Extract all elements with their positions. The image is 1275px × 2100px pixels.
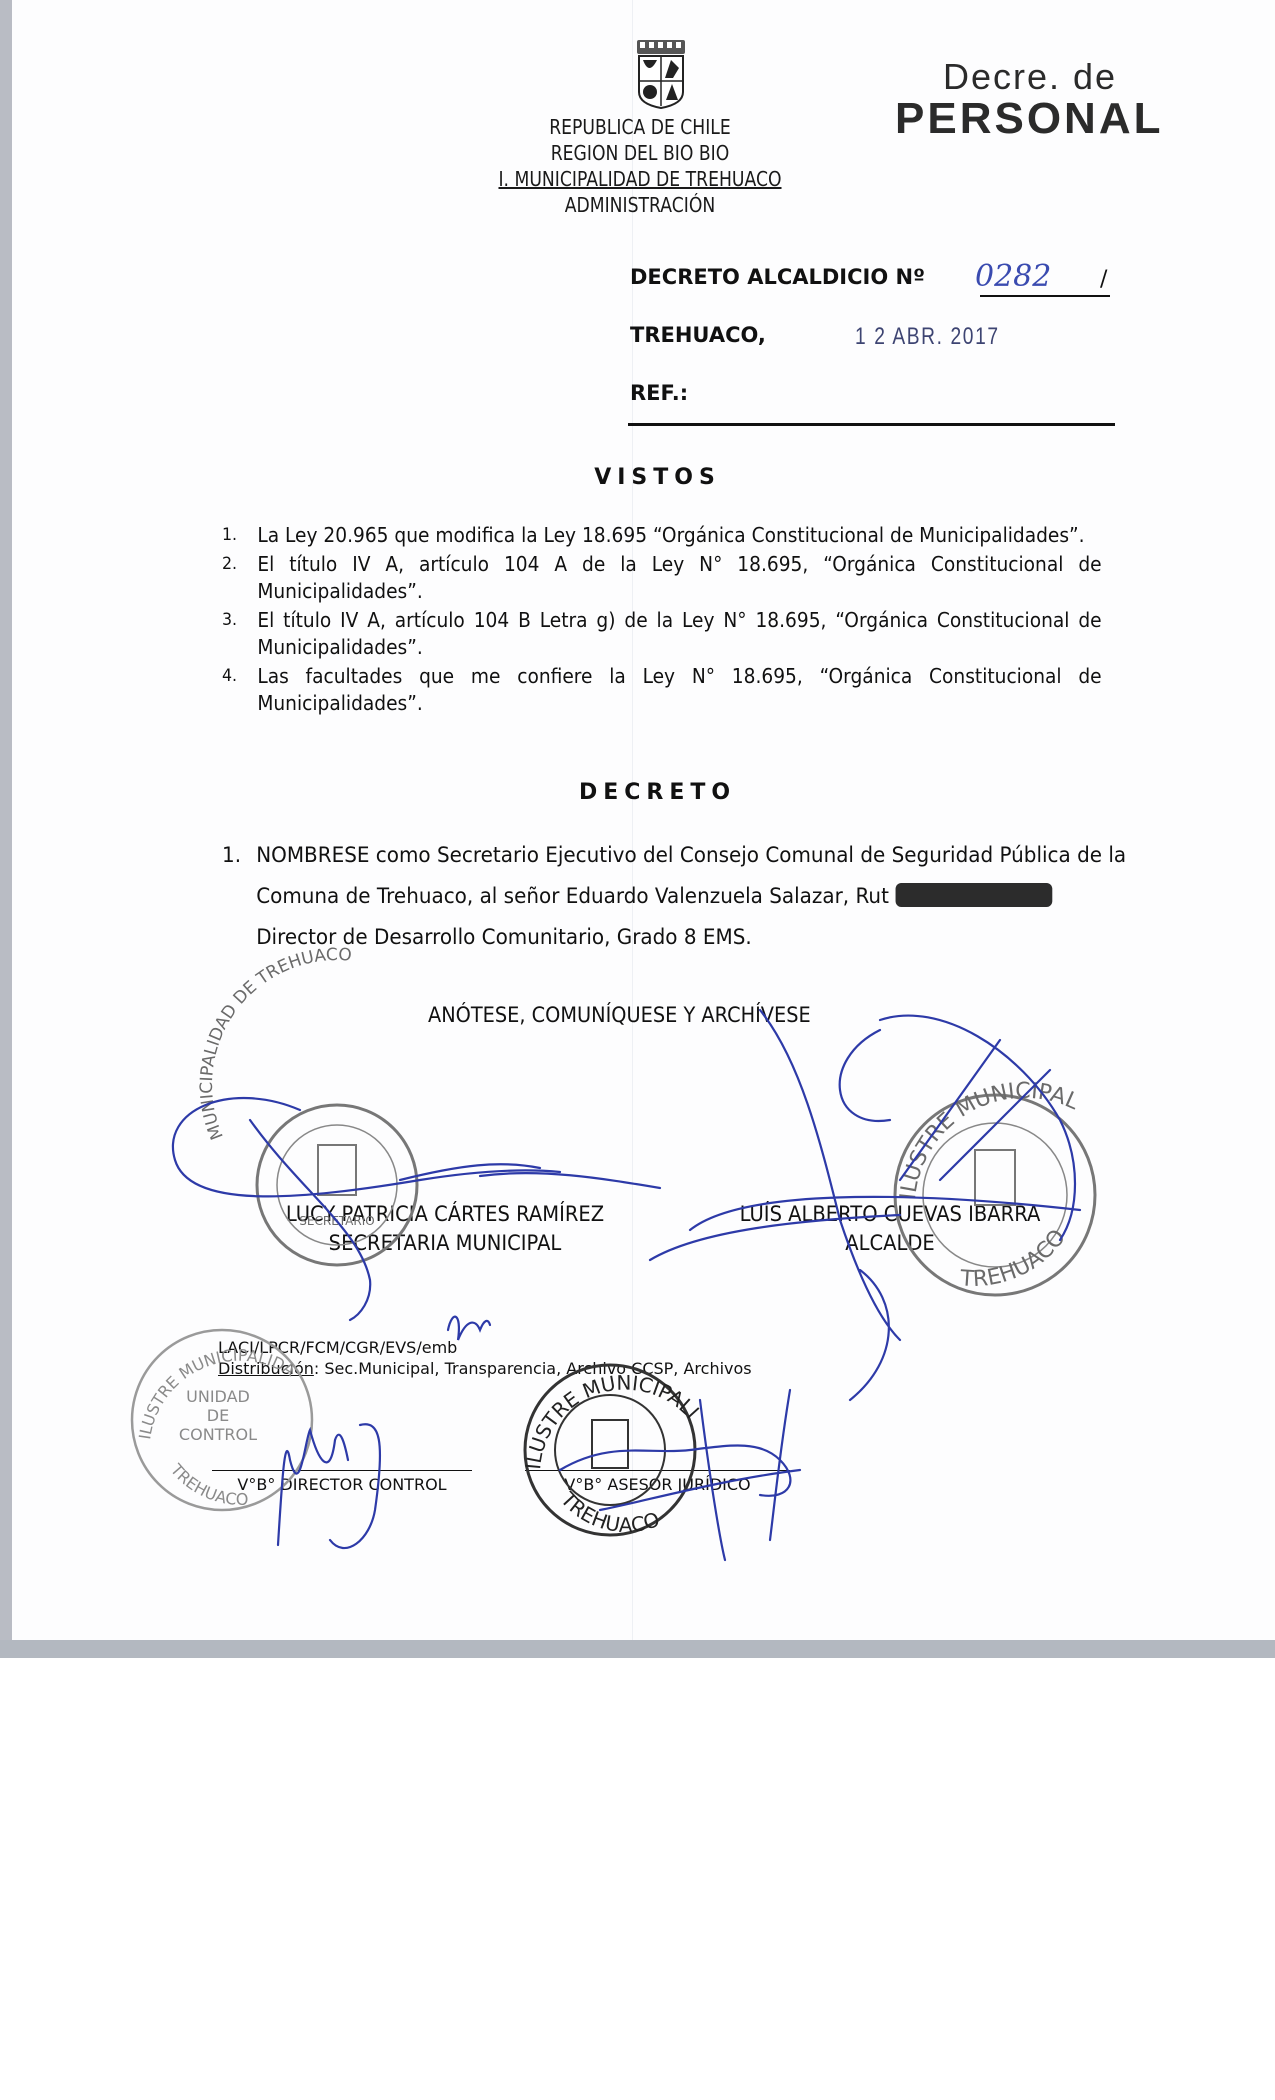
vistos-item-number: 3. xyxy=(222,607,237,634)
ref-underline xyxy=(628,423,1115,426)
initials-line: LACI/LPCR/FCM/CGR/EVS/emb xyxy=(218,1337,752,1358)
distribution-label: Distribución xyxy=(218,1359,314,1378)
alcalde-role: ALCALDE xyxy=(704,1229,1076,1258)
juridico-seal-icon: ILUSTRE MUNICIPALIDAD TREHUACO xyxy=(0,0,704,1537)
personal-decree-stamp: Decre. de PERSONAL xyxy=(895,56,1185,144)
vistos-item-number: 2. xyxy=(222,551,237,578)
approval-director-control: V°B° DIRECTOR CONTROL xyxy=(212,1470,472,1494)
scanned-decree-page: REPUBLICA DE CHILE REGION DEL BIO BIO I.… xyxy=(0,0,1275,1640)
alcalde-name: LUÍS ALBERTO CUEVAS IBARRA xyxy=(704,1200,1076,1229)
vistos-item-number: 4. xyxy=(222,663,237,690)
date-stamp: 1 2 ABR. 2017 xyxy=(855,323,1000,351)
letterhead-region: REGION DEL BIO BIO xyxy=(468,140,812,166)
vistos-item-text: El título IV A, artículo 104 B Letra g) … xyxy=(257,608,1101,659)
references-block: LACI/LPCR/FCM/CGR/EVS/emb Distribución: … xyxy=(218,1337,752,1379)
signature-block-alcalde: LUÍS ALBERTO CUEVAS IBARRA ALCALDE xyxy=(704,1200,1076,1258)
scan-bottom-edge xyxy=(0,1640,1275,1658)
redacted-rut xyxy=(895,883,1052,907)
decree-number-handwritten: 0282 xyxy=(975,259,1051,294)
place-label: TREHUACO, xyxy=(630,323,766,347)
vistos-item: 1. La Ley 20.965 que modifica la Ley 18.… xyxy=(222,522,1102,549)
control-seal-icon: ILUSTRE MUNICIPALIDAD TREHUACO UNIDAD DE… xyxy=(0,0,312,1510)
vistos-list: 1. La Ley 20.965 que modifica la Ley 18.… xyxy=(222,522,1112,719)
svg-text:MUNICIPALIDAD DE TREHUACO: MUNICIPALIDAD DE TREHUACO xyxy=(197,945,352,1143)
decree-number-label: DECRETO ALCALDICIO Nº xyxy=(630,265,925,289)
distribution-line: Distribución: Sec.Municipal, Transparenc… xyxy=(218,1358,752,1379)
svg-text:DE: DE xyxy=(207,1406,229,1425)
letterhead-department: ADMINISTRACIÓN xyxy=(468,192,812,218)
closing-formula: ANÓTESE, COMUNÍQUESE Y ARCHÍVESE xyxy=(428,1003,811,1027)
secretaria-name: LUCY PATRICIA CÁRTES RAMÍREZ xyxy=(259,1200,631,1229)
municipal-coat-of-arms-icon xyxy=(631,38,691,110)
decree-number-slash: / xyxy=(1100,267,1107,292)
decreto-list: 1. NOMBRESE como Secretario Ejecutivo de… xyxy=(222,835,1112,958)
svg-text:CONTROL: CONTROL xyxy=(179,1425,257,1444)
vistos-item-text: La Ley 20.965 que modifica la Ley 18.695… xyxy=(257,523,1084,547)
signature-block-secretaria: LUCY PATRICIA CÁRTES RAMÍREZ SECRETARIA … xyxy=(259,1200,631,1258)
letterhead: REPUBLICA DE CHILE REGION DEL BIO BIO I.… xyxy=(468,114,812,218)
svg-text:UNIDAD: UNIDAD xyxy=(186,1387,250,1406)
vistos-title: VISTOS xyxy=(20,465,1275,490)
scan-left-edge xyxy=(0,0,12,1640)
decreto-title: DECRETO xyxy=(20,780,1275,805)
vistos-item: 3. El título IV A, artículo 104 B Letra … xyxy=(222,607,1102,661)
vistos-item: 4. Las facultades que me confiere la Ley… xyxy=(222,663,1102,717)
decree-number-underline xyxy=(980,295,1110,297)
stamp-line-2: PERSONAL xyxy=(895,94,1185,144)
seals-and-signatures-overlay: MUNICIPALIDAD DE TREHUACO SECRETARIO ILU… xyxy=(0,0,1275,1640)
svg-text:TREHUACO: TREHUACO xyxy=(555,1486,662,1537)
letterhead-country: REPUBLICA DE CHILE xyxy=(468,114,812,140)
decree-header-box: DECRETO ALCALDICIO Nº 0282 / TREHUACO, 1… xyxy=(630,265,1115,439)
stamp-line-1: Decre. de xyxy=(895,56,1165,98)
vistos-item-text: Las facultades que me confiere la Ley N°… xyxy=(257,664,1101,715)
page-fold-line xyxy=(632,0,633,1640)
secretaria-role: SECRETARIA MUNICIPAL xyxy=(259,1229,631,1258)
svg-text:ILUSTRE MUNICIPALIDAD: ILUSTRE MUNICIPALIDAD xyxy=(0,0,299,1441)
vistos-item-number: 1. xyxy=(222,522,237,549)
decreto-item: 1. NOMBRESE como Secretario Ejecutivo de… xyxy=(222,835,1136,958)
vistos-item: 2. El título IV A, artículo 104 A de la … xyxy=(222,551,1102,605)
vistos-item-text: El título IV A, artículo 104 A de la Ley… xyxy=(257,552,1101,603)
ref-label: REF.: xyxy=(630,381,688,405)
decreto-item-text-after: Director de Desarrollo Comunitario, Grad… xyxy=(256,925,752,949)
letterhead-municipality: I. MUNICIPALIDAD DE TREHUACO xyxy=(468,166,812,192)
distribution-list: : Sec.Municipal, Transparencia, Archivo … xyxy=(314,1359,752,1378)
approval-asesor-juridico: V°B° ASESOR JURÍDICO xyxy=(525,1470,790,1494)
decreto-item-number: 1. xyxy=(222,835,241,876)
